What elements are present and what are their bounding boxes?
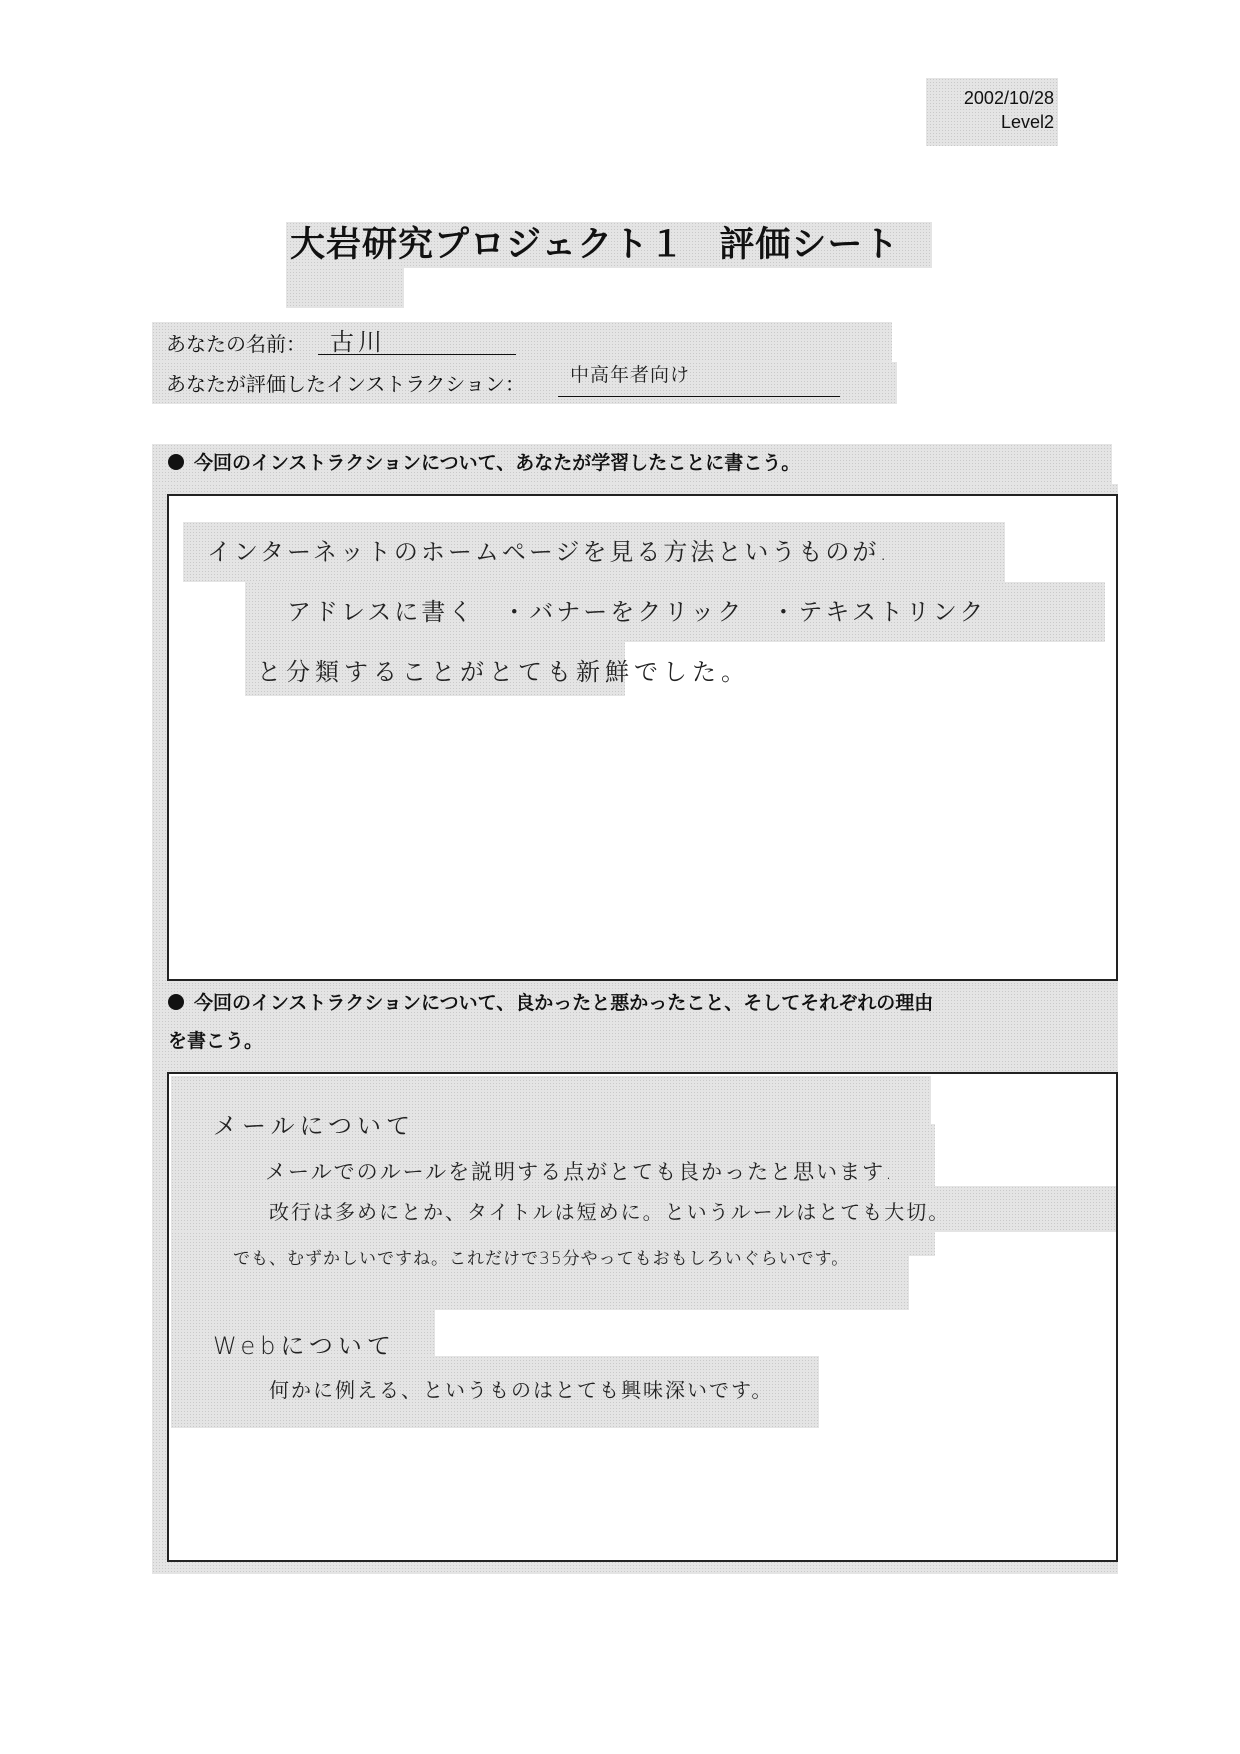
question-1: 今回のインストラクションについて、あなたが学習したことに書こう。: [168, 448, 800, 475]
mail-line: 改行は多めにとか、タイトルは短めに。というルールはとても大切。: [269, 1196, 950, 1225]
question-2-text-line1: 今回のインストラクションについて、良かったと悪かったこと、そしてそれぞれの理由: [194, 992, 933, 1014]
name-value: 古川: [330, 322, 386, 357]
answer-2-box[interactable]: メールについて メールでのルールを説明する点がとても良かったと思います. 改行は…: [167, 1072, 1118, 1562]
question-2: 今回のインストラクションについて、良かったと悪かったこと、そしてそれぞれの理由: [168, 988, 933, 1015]
document-level: Level2: [926, 110, 1054, 134]
title-background-extension: [286, 268, 404, 308]
mail-line: でも、むずかしいですね。これだけで35分やってもおもしろいぐらいです。: [233, 1244, 849, 1269]
document-meta: 2002/10/28 Level2: [926, 78, 1058, 146]
answer-1-line: と分類することがとても新鮮でした。: [257, 652, 750, 687]
bullet-icon: [168, 994, 184, 1010]
web-line: 何かに例える、というものはとても興味深いです。: [269, 1374, 773, 1403]
answer-1-line: インターネットのホームページを見る方法というものが.: [207, 532, 890, 567]
web-heading: Webについて: [213, 1326, 396, 1361]
instruction-value: 中高年者向け: [570, 360, 690, 387]
bullet-icon: [168, 454, 184, 470]
mail-line: メールでのルールを説明する点がとても良かったと思います.: [265, 1156, 894, 1186]
question-2-line2: を書こう。: [168, 1026, 263, 1053]
answer-1-box[interactable]: インターネットのホームページを見る方法というものが. アドレスに書く ・バナーを…: [167, 494, 1118, 981]
question-1-text: 今回のインストラクションについて、あなたが学習したことに書こう。: [194, 452, 800, 474]
instruction-label: あなたが評価したインストラクション：: [166, 368, 525, 397]
page-title: 大岩研究プロジェクト１評価シート: [290, 222, 899, 268]
answer-1-line: アドレスに書く ・バナーをクリック ・テキストリンク: [287, 592, 986, 627]
document-date: 2002/10/28: [926, 86, 1054, 110]
page-title-main: 大岩研究プロジェクト１: [290, 225, 685, 265]
mail-heading: メールについて: [213, 1106, 415, 1141]
page-title-sub: 評価シート: [719, 225, 899, 265]
name-label: あなたの名前：: [166, 328, 306, 357]
